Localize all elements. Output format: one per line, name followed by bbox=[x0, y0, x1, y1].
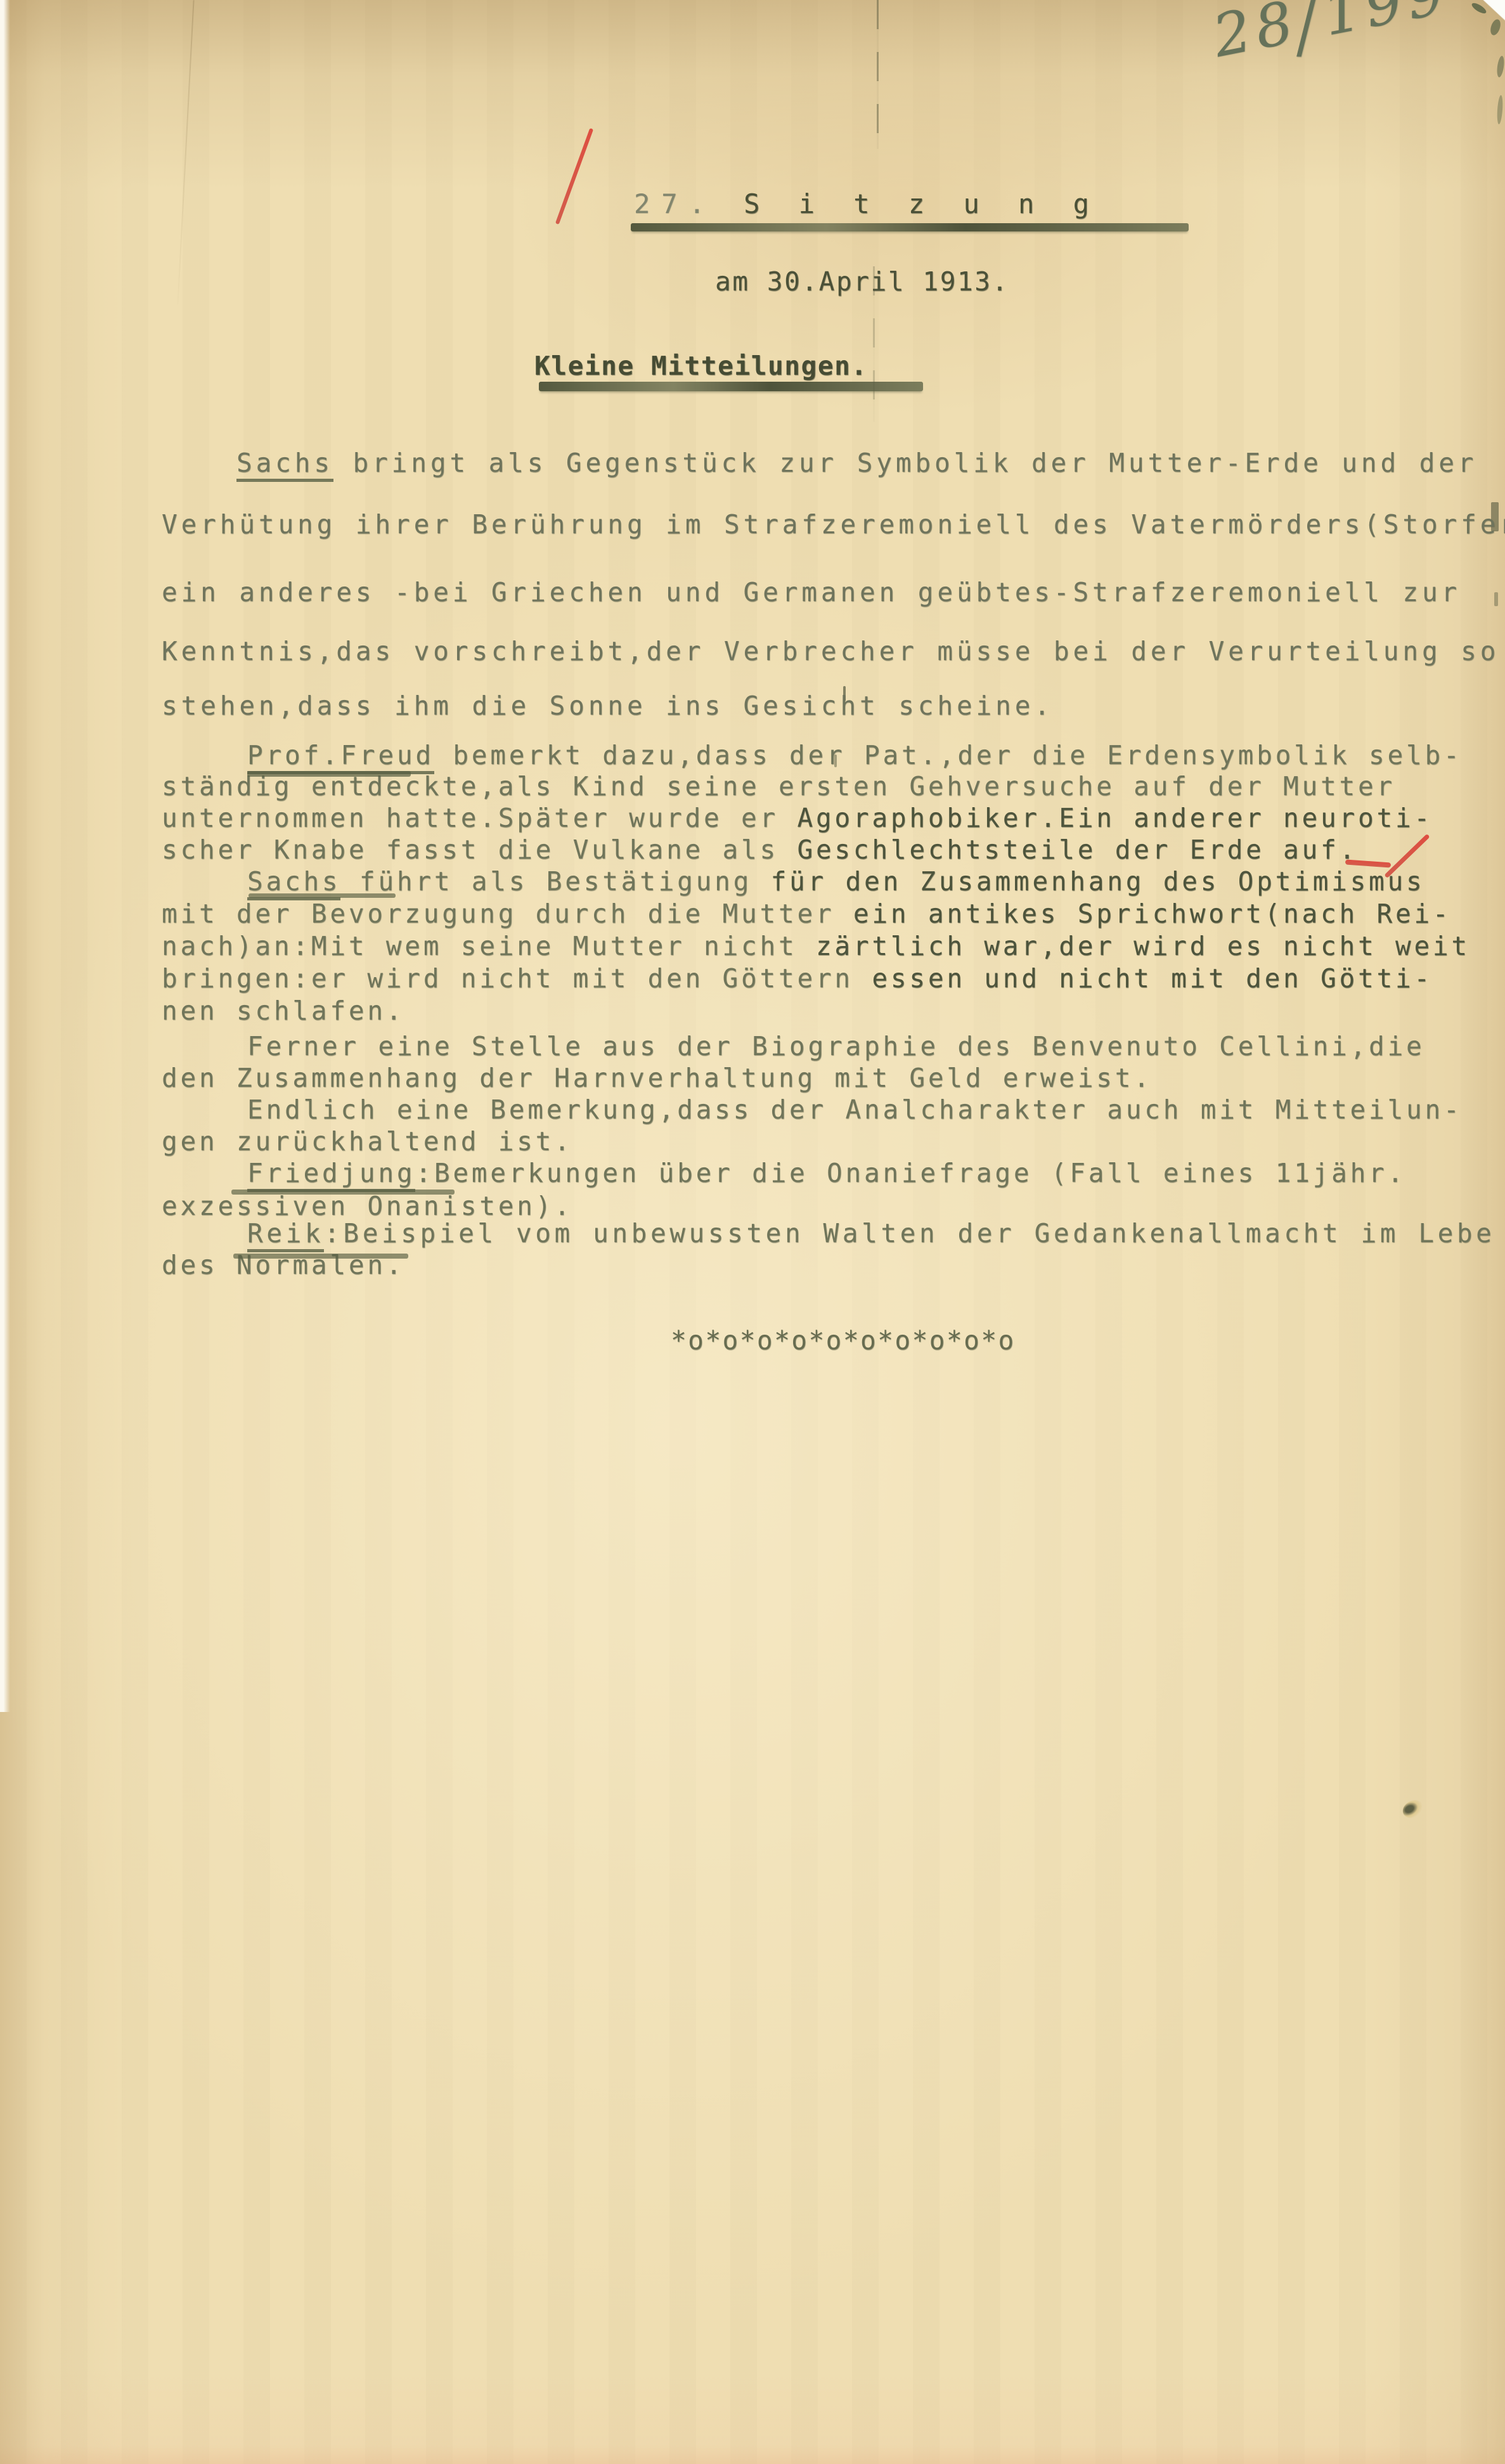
text-line: nen schlafen. bbox=[162, 998, 404, 1024]
text-segment: Ferner eine Stelle aus der Biographie de… bbox=[247, 1031, 1425, 1061]
text-line: Reik:Beispiel vom unbewussten Walten der… bbox=[247, 1221, 1495, 1247]
ink-speck bbox=[1400, 1797, 1426, 1822]
text-line: bringen:er wird nicht mit den Göttern es… bbox=[162, 966, 1433, 992]
page-number-right: 199 bbox=[1317, 0, 1454, 49]
text-line: ständig entdeckte,als Kind seine ersten … bbox=[162, 774, 1395, 800]
speaker-name: Sachs bbox=[236, 448, 333, 482]
text-line: mit der Bevorzugung durch die Mutter ein… bbox=[162, 901, 1451, 927]
tear-speck bbox=[1496, 55, 1505, 77]
text-line: exzessiven Onanisten). bbox=[162, 1193, 573, 1219]
session-number: 27. bbox=[634, 188, 716, 219]
fold-crease-top bbox=[877, 0, 879, 149]
text-segment: Geschlechtsteile der Erde auf. bbox=[797, 834, 1358, 865]
section-heading: Kleine Mitteilungen. bbox=[534, 351, 868, 381]
scanner-edge-left bbox=[0, 0, 10, 1712]
text-segment: scher Knabe fasst die Vulkane als bbox=[162, 834, 797, 865]
text-segment: ein antikes Sprichwort(nach Rei- bbox=[834, 898, 1451, 929]
title-underline bbox=[631, 223, 1189, 231]
scanned-document-page: { "page": { "page_number_handwritten": "… bbox=[0, 0, 1505, 2464]
text-segment: zärtlich war,der wird es nicht weit bbox=[816, 931, 1470, 961]
text-line: Sachs führt als Bestätigung für den Zusa… bbox=[247, 869, 1425, 895]
separator-line: *o*o*o*o*o*o*o*o*o*o bbox=[671, 1325, 1016, 1356]
text-segment: nach)an:Mit wem seine Mutter nicht bbox=[162, 931, 816, 961]
text-line: unternommen hatte.Später wurde er Agorap… bbox=[162, 805, 1433, 831]
text-segment: Agoraphobiker.Ein anderer neuroti- bbox=[797, 803, 1432, 833]
text-line: ein anderes -bei Griechen und Germanen g… bbox=[162, 580, 1461, 606]
text-segment: den Zusammenhang der Harnverhaltung mit … bbox=[162, 1063, 1153, 1093]
text-segment: unternommen hatte.Später wurde er bbox=[162, 803, 797, 833]
text-segment: Kenntnis,das vorschreibt,der Verbrecher … bbox=[162, 636, 1499, 666]
text-line: den Zusammenhang der Harnverhaltung mit … bbox=[162, 1065, 1153, 1091]
text-line: scher Knabe fasst die Vulkane als Geschl… bbox=[162, 837, 1358, 863]
text-segment: :Beispiel vom unbewussten Walten der Ged… bbox=[324, 1218, 1495, 1248]
session-title: 27. S i t z u n g bbox=[634, 188, 1101, 219]
underline-overstrike bbox=[247, 771, 411, 777]
underline-overstrike bbox=[233, 1254, 408, 1259]
text-segment: ein anderes -bei Griechen und Germanen g… bbox=[162, 577, 1461, 607]
speaker-name: Friedjung bbox=[247, 1158, 415, 1192]
underline-overstrike bbox=[249, 893, 396, 898]
tear-speck bbox=[1496, 95, 1503, 124]
text-line: Sachs bringt als Gegenstück zur Symbolik… bbox=[236, 450, 1477, 476]
text-line: Endlich eine Bemerkung,dass der Analchar… bbox=[247, 1097, 1462, 1123]
text-segment: gen zurückhaltend ist. bbox=[162, 1126, 573, 1157]
ink-tick-right-edge bbox=[1494, 592, 1498, 606]
text-segment: mit der Bevorzugung durch die Mutter bbox=[162, 898, 834, 929]
crease-left-top bbox=[177, 0, 194, 304]
text-line: Prof.Freud bemerkt dazu,dass der Pat.,de… bbox=[247, 742, 1462, 768]
text-line: nach)an:Mit wem seine Mutter nicht zärtl… bbox=[162, 933, 1470, 959]
text-segment: nen schlafen. bbox=[162, 995, 404, 1026]
text-segment: exzessiven Onanisten). bbox=[162, 1191, 573, 1221]
session-word: S i t z u n g bbox=[744, 188, 1101, 219]
text-segment: für den Zusammenhang des Optimismus bbox=[771, 866, 1425, 897]
text-line: stehen,dass ihm die Sonne ins Gesicht sc… bbox=[162, 693, 1054, 719]
text-segment: :Bemerkungen über die Onaniefrage (Fall … bbox=[415, 1158, 1406, 1188]
text-segment: Verhütung ihrer Berührung im Strafzeremo… bbox=[162, 509, 1505, 540]
text-segment: bemerkt dazu,dass der Pat.,der die Erden… bbox=[434, 740, 1463, 770]
heading-underline bbox=[539, 382, 923, 391]
speaker-name: Prof.Freud bbox=[247, 740, 434, 774]
underline-overstrike bbox=[231, 1190, 455, 1195]
text-line: Kenntnis,das vorschreibt,der Verbrecher … bbox=[162, 639, 1499, 665]
session-date: am 30.April 1913. bbox=[715, 266, 1009, 297]
page-number-left: 28 bbox=[1208, 0, 1303, 70]
text-segment: Endlich eine Bemerkung,dass der Analchar… bbox=[247, 1094, 1462, 1125]
text-segment: bringt als Gegenstück zur Symbolik der M… bbox=[333, 448, 1477, 478]
text-line: Ferner eine Stelle aus der Biographie de… bbox=[247, 1034, 1425, 1060]
text-segment: bringen:er wird nicht mit den Göttern bbox=[162, 963, 872, 994]
text-segment: stehen,dass ihm die Sonne ins Gesicht sc… bbox=[162, 691, 1054, 721]
speaker-name: Reik bbox=[247, 1218, 324, 1252]
text-segment: führt als Bestätigung bbox=[340, 866, 770, 897]
text-segment: essen und nicht mit den Götti- bbox=[872, 963, 1433, 994]
text-line: Verhütung ihrer Berührung im Strafzeremo… bbox=[162, 512, 1505, 538]
red-slash-annotation bbox=[555, 128, 593, 224]
text-line: gen zurückhaltend ist. bbox=[162, 1129, 573, 1155]
text-line: Friedjung:Bemerkungen über die Onaniefra… bbox=[247, 1160, 1406, 1186]
